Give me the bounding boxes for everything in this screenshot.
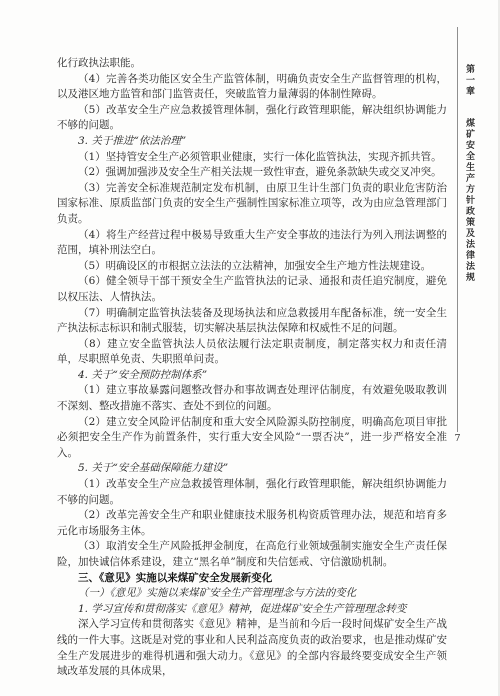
paragraph: 深入学习宣传和贯彻落实《意见》精神，是当前和今后一段时间煤矿安全生产战线的一件大…: [57, 617, 447, 679]
paragraph: 化行政执法职能。: [57, 56, 447, 72]
heading: 1. 学习宣传和贯彻落实《意见》精神，促进煤矿安全生产管理理念转变: [57, 602, 447, 618]
page-body: 化行政执法职能。（4）完善各类功能区安全生产监管体制，明确负责安全生产监督管理的…: [57, 56, 447, 680]
paragraph: （1）坚持管安全生产必须管职业健康，实行一体化监管执法，实现齐抓共管。: [57, 150, 447, 166]
paragraph: （2）改革完善安全生产和职业健康技术服务机构资质管理办法，规范和培育多元化市场服…: [57, 508, 447, 539]
paragraph: （8）建立安全监管执法人员依法履行法定职责制度，制定落实权力和责任清单，尽职照单…: [57, 337, 447, 368]
sidebar-rule: [457, 27, 458, 432]
paragraph: （2）强调加强涉及安全生产相关法规一致性审查，避免条款缺失或交叉冲突。: [57, 165, 447, 181]
paragraph: （4）将生产经营过程中极易导致重大生产安全事故的违法行为列入刑法调整的范围，填补…: [57, 228, 447, 259]
paragraph: （6）健全领导干部干预安全生产监管执法的记录、通报和责任追究制度，避免以权压法、…: [57, 274, 447, 305]
page-number: 7: [450, 433, 465, 444]
heading: 5. 关于“安全基础保障能力建设”: [57, 461, 447, 477]
chapter-sidebar: 第一章 煤矿安全生产方针政策及法律法规: [460, 64, 478, 624]
heading: 3. 关于推进“依法治理”: [57, 134, 447, 150]
paragraph: （1）改革安全生产应急救援管理体制，强化行政管理职能，解决组织协调能力不够的问题…: [57, 477, 447, 508]
paragraph: （3）取消安全生产风险抵押金制度，在高危行业领域强制实施安全生产责任保险，加快诚…: [57, 539, 447, 570]
heading: 三、《意见》实施以来煤矿安全发展新变化: [57, 571, 447, 587]
paragraph: （5）明确设区的市根据立法法的立法精神，加强安全生产地方性法规建设。: [57, 259, 447, 275]
paragraph: （4）完善各类功能区安全生产监管体制，明确负责安全生产监督管理的机构，以及港区地…: [57, 72, 447, 103]
heading: 4. 关于“安全预防控制体系”: [57, 368, 447, 384]
paragraph: （3）完善安全标准规范制定发布机制，由原卫生计生部门负责的职业危害防治国家标准、…: [57, 181, 447, 228]
chapter-number: 第一章: [464, 64, 474, 97]
book-page: 化行政执法职能。（4）完善各类功能区安全生产监管体制，明确负责安全生产监督管理的…: [0, 0, 500, 696]
paragraph: （1）建立事故暴露问题整改督办和事故调查处理评估制度，有效避免吸取教训不深刻、整…: [57, 383, 447, 414]
heading: （一）《意见》实施以来煤矿安全生产管理理念与方法的变化: [57, 586, 447, 602]
paragraph: （5）改革安全生产应急救援管理体制，强化行政管理职能，解决组织协调能力不够的问题…: [57, 103, 447, 134]
paragraph: （7）明确制定监管执法装备及现场执法和应急救援用车配备标准，统一安全生产执法标志…: [57, 306, 447, 337]
paragraph: （2）建立安全风险评估制度和重大安全风险源头防控制度，明确高危项目审批必须把安全…: [57, 415, 447, 462]
chapter-title: 煤矿安全生产方针政策及法律法规: [464, 118, 474, 283]
